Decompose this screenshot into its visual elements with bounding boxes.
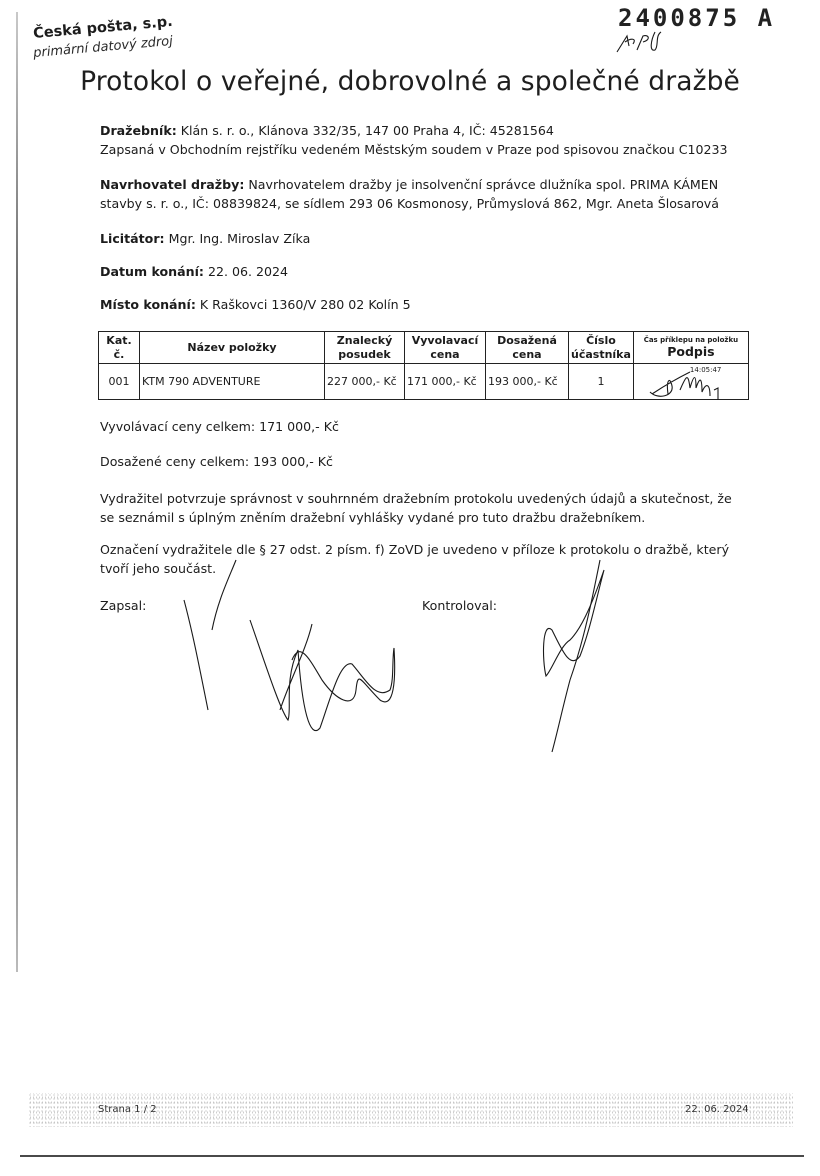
date-line: Datum konání: 22. 06. 2024 <box>100 262 288 281</box>
auctioneer-registration: Zapsaná v Obchodním rejstříku vedeném Mě… <box>100 142 728 157</box>
cell-signature: 14:05:47 <box>633 364 748 400</box>
proposer-line2: stavby s. r. o., IČ: 08839824, se sídlem… <box>100 196 719 211</box>
auctioneer-value: Klán s. r. o., Klánova 332/35, 147 00 Pr… <box>181 123 554 138</box>
proposer-line1: Navrhovatelem dražby je insolvenční sprá… <box>248 177 718 192</box>
bidder-signature <box>644 366 744 400</box>
col-cislo: Čísloúčastníka <box>569 332 634 364</box>
stamp-initials-signature <box>615 30 675 54</box>
table-header-row: Kat. č. Název položky Znaleckýposudek Vy… <box>99 332 749 364</box>
cell-kat: 001 <box>99 364 140 400</box>
proposer-label: Navrhovatel dražby: <box>100 177 244 192</box>
proposer-block: Navrhovatel dražby: Navrhovatelem dražby… <box>100 175 719 213</box>
col-dosazena: Dosaženácena <box>486 332 569 364</box>
col-kat: Kat. č. <box>99 332 140 364</box>
document-title: Protokol o veřejné, dobrovolné a společn… <box>0 66 820 97</box>
footer-date: 22. 06. 2024 <box>685 1104 749 1115</box>
checked-by-signature <box>540 560 640 760</box>
recorded-by-signature <box>180 560 440 760</box>
cell-cislo: 1 <box>569 364 634 400</box>
cell-vyvolavaci: 171 000,- Kč <box>405 364 486 400</box>
document-stamp-number: 2400875 A <box>618 4 775 32</box>
cell-dosazena: 193 000,- Kč <box>486 364 569 400</box>
recorded-by-label: Zapsal: <box>100 596 146 615</box>
auctioneer-label: Dražebník: <box>100 123 177 138</box>
col-signature: Čas příklepu na položku Podpis <box>633 332 748 364</box>
total-starting-prices: Vyvolávací ceny celkem: 171 000,- Kč <box>100 417 339 436</box>
buyer-statement: Vydražitel potvrzuje správnost v souhrnn… <box>100 489 732 527</box>
place-line: Místo konání: K Raškovci 1360/V 280 02 K… <box>100 295 411 314</box>
cell-znalecky: 227 000,- Kč <box>325 364 405 400</box>
scan-edge-line <box>16 12 18 972</box>
cell-name: KTM 790 ADVENTURE <box>140 364 325 400</box>
table-row: 001 KTM 790 ADVENTURE 227 000,- Kč 171 0… <box>99 364 749 400</box>
col-vyvolavaci: Vyvolavacícena <box>405 332 486 364</box>
auctioneer-block: Dražebník: Klán s. r. o., Klánova 332/35… <box>100 121 728 159</box>
footer-divider <box>20 1155 804 1157</box>
page-number: Strana 1 / 2 <box>98 1104 157 1115</box>
col-znalecky: Znaleckýposudek <box>325 332 405 364</box>
auction-items-table: Kat. č. Název položky Znaleckýposudek Vy… <box>98 331 749 400</box>
licitator-line: Licitátor: Mgr. Ing. Miroslav Zíka <box>100 229 310 248</box>
total-achieved-prices: Dosažené ceny celkem: 193 000,- Kč <box>100 452 333 471</box>
col-name: Název položky <box>140 332 325 364</box>
